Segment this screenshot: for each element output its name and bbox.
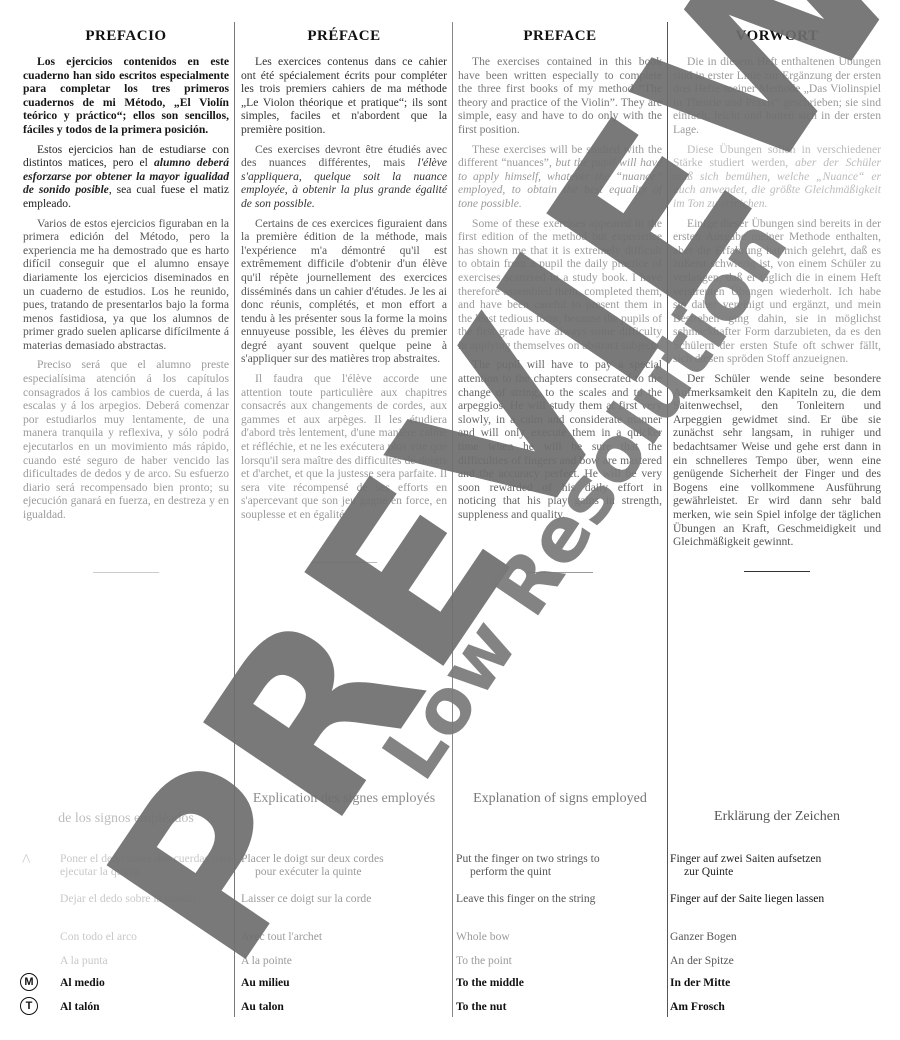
explanation-heading-fr: Explication des signes employés (238, 790, 450, 807)
legend-row: Leave this finger on the string (456, 892, 664, 905)
paragraph: Some of these exercises appeared in the … (458, 217, 662, 353)
legend-row: Au talon (241, 1000, 449, 1013)
explanation-heading-es: de los signos empleados (20, 810, 232, 827)
paragraph: Die in diesem Heft enthaltenen Übungen s… (673, 55, 881, 137)
paragraph: These exercises will be studied with the… (458, 143, 662, 211)
double-stop-caret-icon: ^ (22, 854, 30, 867)
column-divider (667, 22, 668, 1017)
paragraph: Der Schüler wende seine besondere Aufmer… (673, 372, 881, 549)
column-divider (452, 22, 453, 1017)
paragraph: Einige dieser Übungen sind bereits in de… (673, 217, 881, 367)
column-title: VORWORT (673, 28, 881, 45)
legend-row: Put the finger on two strings toperform … (456, 852, 664, 878)
column-divider (234, 22, 235, 1017)
paragraph: The exercises contained in this book hav… (458, 55, 662, 137)
legend-row: TAl talón (60, 1000, 232, 1013)
column-title: PREFACIO (23, 28, 229, 45)
legend-row: Dejar el dedo sobre la cuerda (60, 892, 232, 905)
column-french: PRÉFACE Les exercices contenus dans ce c… (238, 22, 450, 563)
legend-row: Laisser ce doigt sur la corde (241, 892, 449, 905)
column-english: PREFACE The exercises contained in this … (455, 22, 665, 573)
paragraph: Los ejercicios contenidos en este cuader… (23, 55, 229, 137)
column-title: PREFACE (458, 28, 662, 45)
legend-row: ^Poner el dedo sobre dos cuerdas para ej… (60, 852, 232, 878)
legend-row: An der Spitze (670, 954, 884, 967)
paragraph: The pupil will have to pay a special att… (458, 358, 662, 521)
paragraph: Certains de ces exercices figuraient dan… (241, 217, 447, 367)
section-divider (744, 571, 810, 572)
paragraph: Les exercices contenus dans ce cahier on… (241, 55, 447, 137)
legend-row: A la punta (60, 954, 232, 967)
paragraph: Preciso será que el alumno preste especi… (23, 358, 229, 521)
column-title: PRÉFACE (241, 28, 447, 45)
legend-row: To the nut (456, 1000, 664, 1013)
paragraph: Estos ejercicios han de estudiarse con d… (23, 143, 229, 211)
legend-row: Am Frosch (670, 1000, 884, 1013)
column-german: VORWORT Die in diesem Heft enthaltenen Ü… (670, 22, 884, 572)
section-divider (93, 572, 159, 573)
frog-bow-symbol-icon: T (20, 997, 38, 1015)
legend-row: MAl medio (60, 976, 232, 989)
legend-row: Finger auf zwei Saiten aufsetzenzur Quin… (670, 852, 884, 878)
legend-row: A la pointe (241, 954, 449, 967)
explanation-heading-en: Explanation of signs employed (455, 790, 665, 807)
paragraph: Diese Übungen sollen in verschiedener St… (673, 143, 881, 211)
legend-row: To the point (456, 954, 664, 967)
paragraph: Ces exercises devront être étudiés avec … (241, 143, 447, 211)
score-preface-page: PREFACIO Los ejercicios contenidos en es… (0, 0, 900, 1040)
legend-row: Whole bow (456, 930, 664, 943)
paragraph: Il faudra que l'élève accorde une attent… (241, 372, 447, 522)
legend-row: Avec tout l'archet (241, 930, 449, 943)
legend-row: Placer le doigt sur deux cordespour exéc… (241, 852, 449, 878)
paragraph: Varios de estos ejercicios figuraban en … (23, 217, 229, 353)
legend-row: Ganzer Bogen (670, 930, 884, 943)
legend-row: To the middle (456, 976, 664, 989)
explanation-heading-de: Erklärung der Zeichen (670, 808, 884, 825)
section-divider (311, 562, 377, 563)
legend-row: Finger auf der Saite liegen lassen (670, 892, 884, 905)
column-spanish: PREFACIO Los ejercicios contenidos en es… (20, 22, 232, 573)
middle-bow-symbol-icon: M (20, 973, 38, 991)
section-divider (527, 572, 593, 573)
legend-row: Au milieu (241, 976, 449, 989)
legend-row: In der Mitte (670, 976, 884, 989)
legend-row: Con todo el arco (60, 930, 232, 943)
